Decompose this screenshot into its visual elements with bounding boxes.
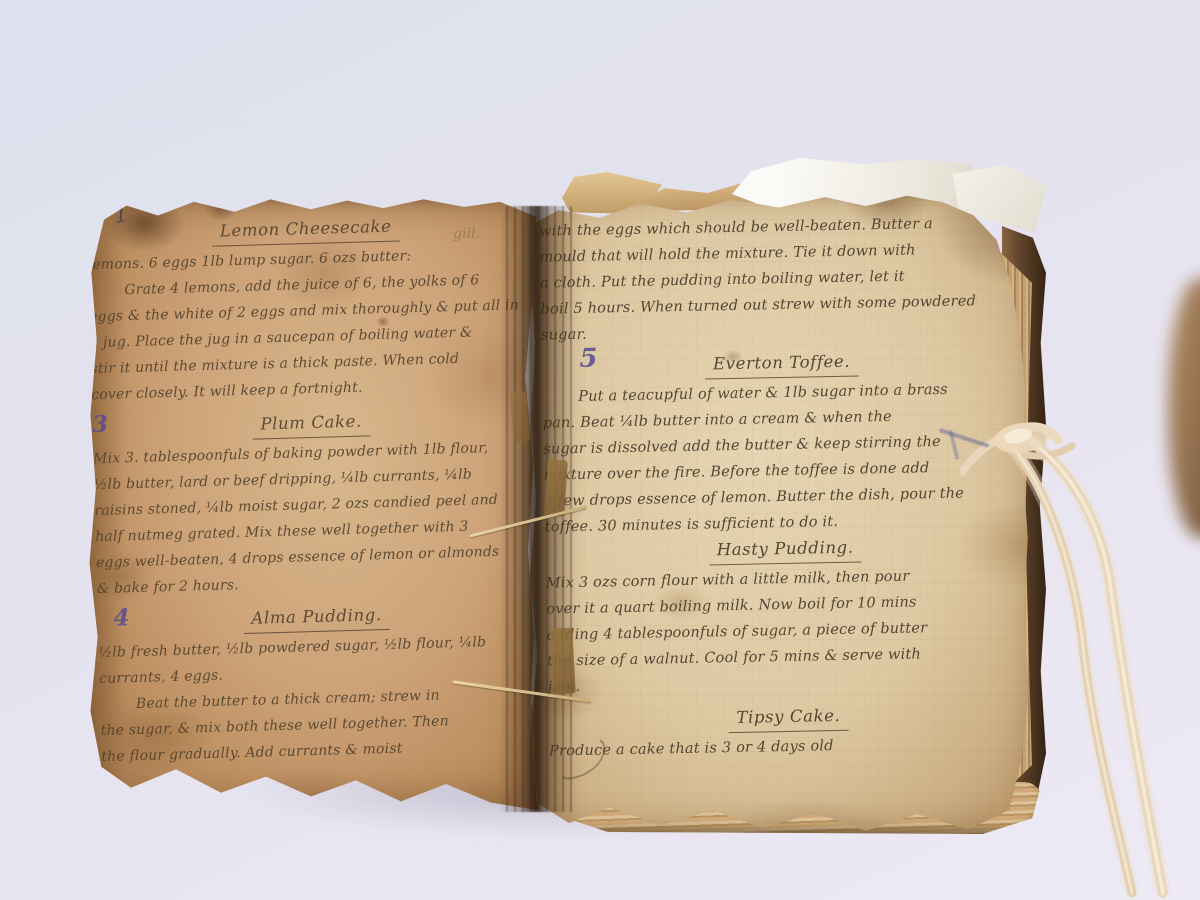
tape-repair: [550, 627, 575, 694]
margin-number: 5: [579, 346, 598, 372]
margin-number: 3: [92, 412, 109, 438]
left-page-handwriting: Lemon Cheesecake lemons. 6 eggs 1lb lump…: [86, 210, 539, 770]
margin-number: 4: [113, 605, 130, 631]
right-page-handwriting: with the eggs which should be well-beate…: [539, 209, 1029, 764]
tape-repair: [544, 459, 568, 516]
frayed-ribbon-ties: [960, 388, 1200, 900]
left-page[interactable]: 1 gill. Lemon Cheesecake lemons. 6 eggs …: [86, 192, 536, 810]
